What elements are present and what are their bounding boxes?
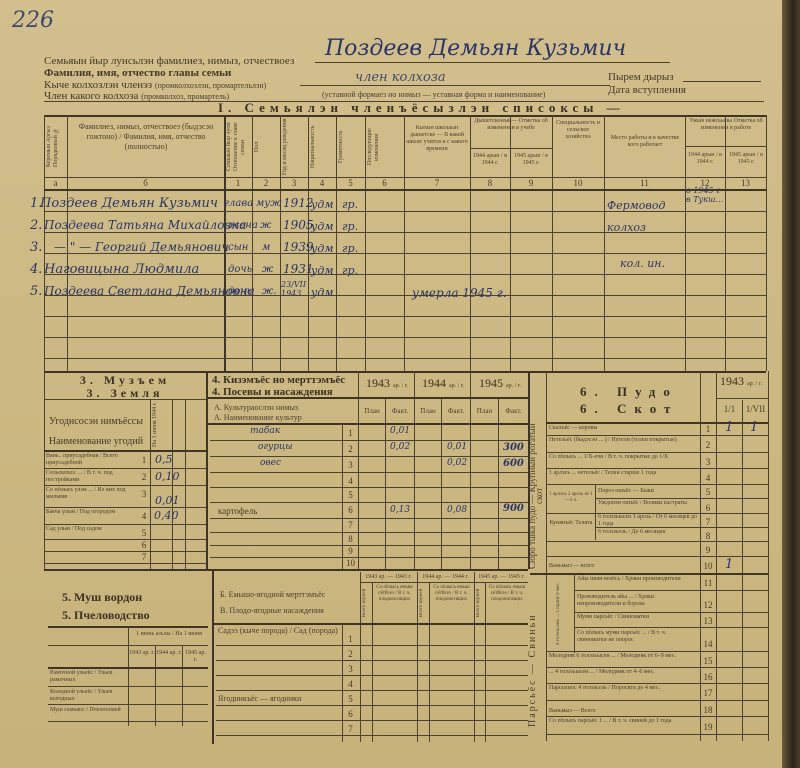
year-1943: 1943 ар. / г.	[360, 376, 414, 391]
col-header-11: Место работы и в качестве кого работает	[606, 135, 684, 149]
section4b-title: Б. Емышо-ягодной мерттэмъёс В. Плодо-яго…	[220, 587, 325, 619]
section4-subtitle: А. Культураослэн нимыз А. Наименование к…	[214, 403, 302, 423]
side-label-pigs: Парсьёс — Свиньи	[529, 600, 545, 740]
section5-date: 1 июнь азьлы / На 1 июня	[130, 631, 208, 638]
member-value: член колхоза	[355, 70, 446, 85]
col-group-school: Дышетсконъя — Отметка об изменении в уче…	[472, 118, 550, 132]
side-label-cattle: Сюро тшка пудо — Крупный рогатый скот	[529, 422, 545, 570]
section5-title: 5. Муш вордон 5. Пчеловодство	[62, 588, 150, 624]
col-header-2: Пол	[254, 118, 278, 176]
section1-title: I. Семьялэн членъёсызлэн списоксы —	[218, 100, 625, 116]
pigs-group-sows: 9 толэзьлэсь ... Старше 9 мес.	[555, 578, 573, 650]
head-label-ru: Фамилия, имя, отчество главы семьи	[44, 67, 231, 79]
book-binding-edge	[782, 0, 800, 768]
section3-col-label: Угоднсосэн нимъёссы Наименование угодий	[44, 412, 148, 452]
col-header-a: Керемын Аргыз Порядковый №	[46, 118, 66, 176]
section6-year: 1943 ар. / г.	[720, 374, 762, 389]
col-header-13: 1945 арын / в 1945 г.	[727, 152, 765, 166]
cattle-group-calves: Кунянъёс Телята	[548, 518, 594, 528]
col-header-b: Фамилиез, нимыз, отчествоез (быдэсэн гож…	[72, 122, 220, 152]
member-note: (уставной формаез но нимыз — уставная фо…	[322, 91, 545, 99]
document-page: 226 Семьяын йыр лунсьлэн фамилиез, нимыз…	[0, 0, 782, 768]
section3-year-col: На 1 июня 1944 г.	[152, 402, 170, 448]
col-header-1: Семьяын йыр луон Отношение к главе семьи	[226, 118, 250, 176]
year-1945: 1945 ар. / г.	[472, 376, 528, 391]
col-header-8: 1944 арын / в 1944 г.	[472, 153, 508, 167]
section6-title: 6. Пудо 6. Скот	[580, 383, 678, 417]
col-header-4: Национальность	[310, 118, 334, 176]
death-note: умерла 1945 г.	[412, 286, 507, 300]
head-label-komi: Семьяын йыр лунсьлэн фамилиез, нимыз, от…	[44, 55, 294, 67]
year-1944: 1944 ар. / г.	[416, 376, 470, 391]
col-group-work: Ужын вежсьыны Отметка об изменении в раб…	[687, 118, 765, 132]
section4-title: 4. Кизэмъёс но мерттэмъёс 4. Посевы и на…	[212, 374, 345, 398]
col-header-9: 1945 арын / в 1945 г.	[512, 153, 550, 167]
col-header-3: Год и месяц рождения	[282, 118, 306, 176]
cattle-group-young-bulls: 1 арлэсь 2 арозь от 1—2 л.	[548, 492, 594, 504]
join-label-komi: Пырем дырыз	[608, 71, 674, 83]
col-header-12: 1944 арын / в 1944 г.	[687, 152, 723, 166]
section3-title: 3. Музъем 3. Земля	[44, 374, 206, 400]
col-header-7: Кытын школаын дышетске — В какой школе у…	[406, 125, 468, 153]
col-header-6: Последующие изменения	[367, 118, 401, 176]
col-header-10: Специальность и сельское хозяйство	[554, 120, 602, 141]
join-label-ru: Дата вступления	[608, 84, 686, 96]
archive-number: 226	[12, 8, 54, 33]
head-value: Поздеев Демьян Кузьмич	[325, 36, 626, 61]
col-header-5: Грамотность	[338, 118, 362, 176]
